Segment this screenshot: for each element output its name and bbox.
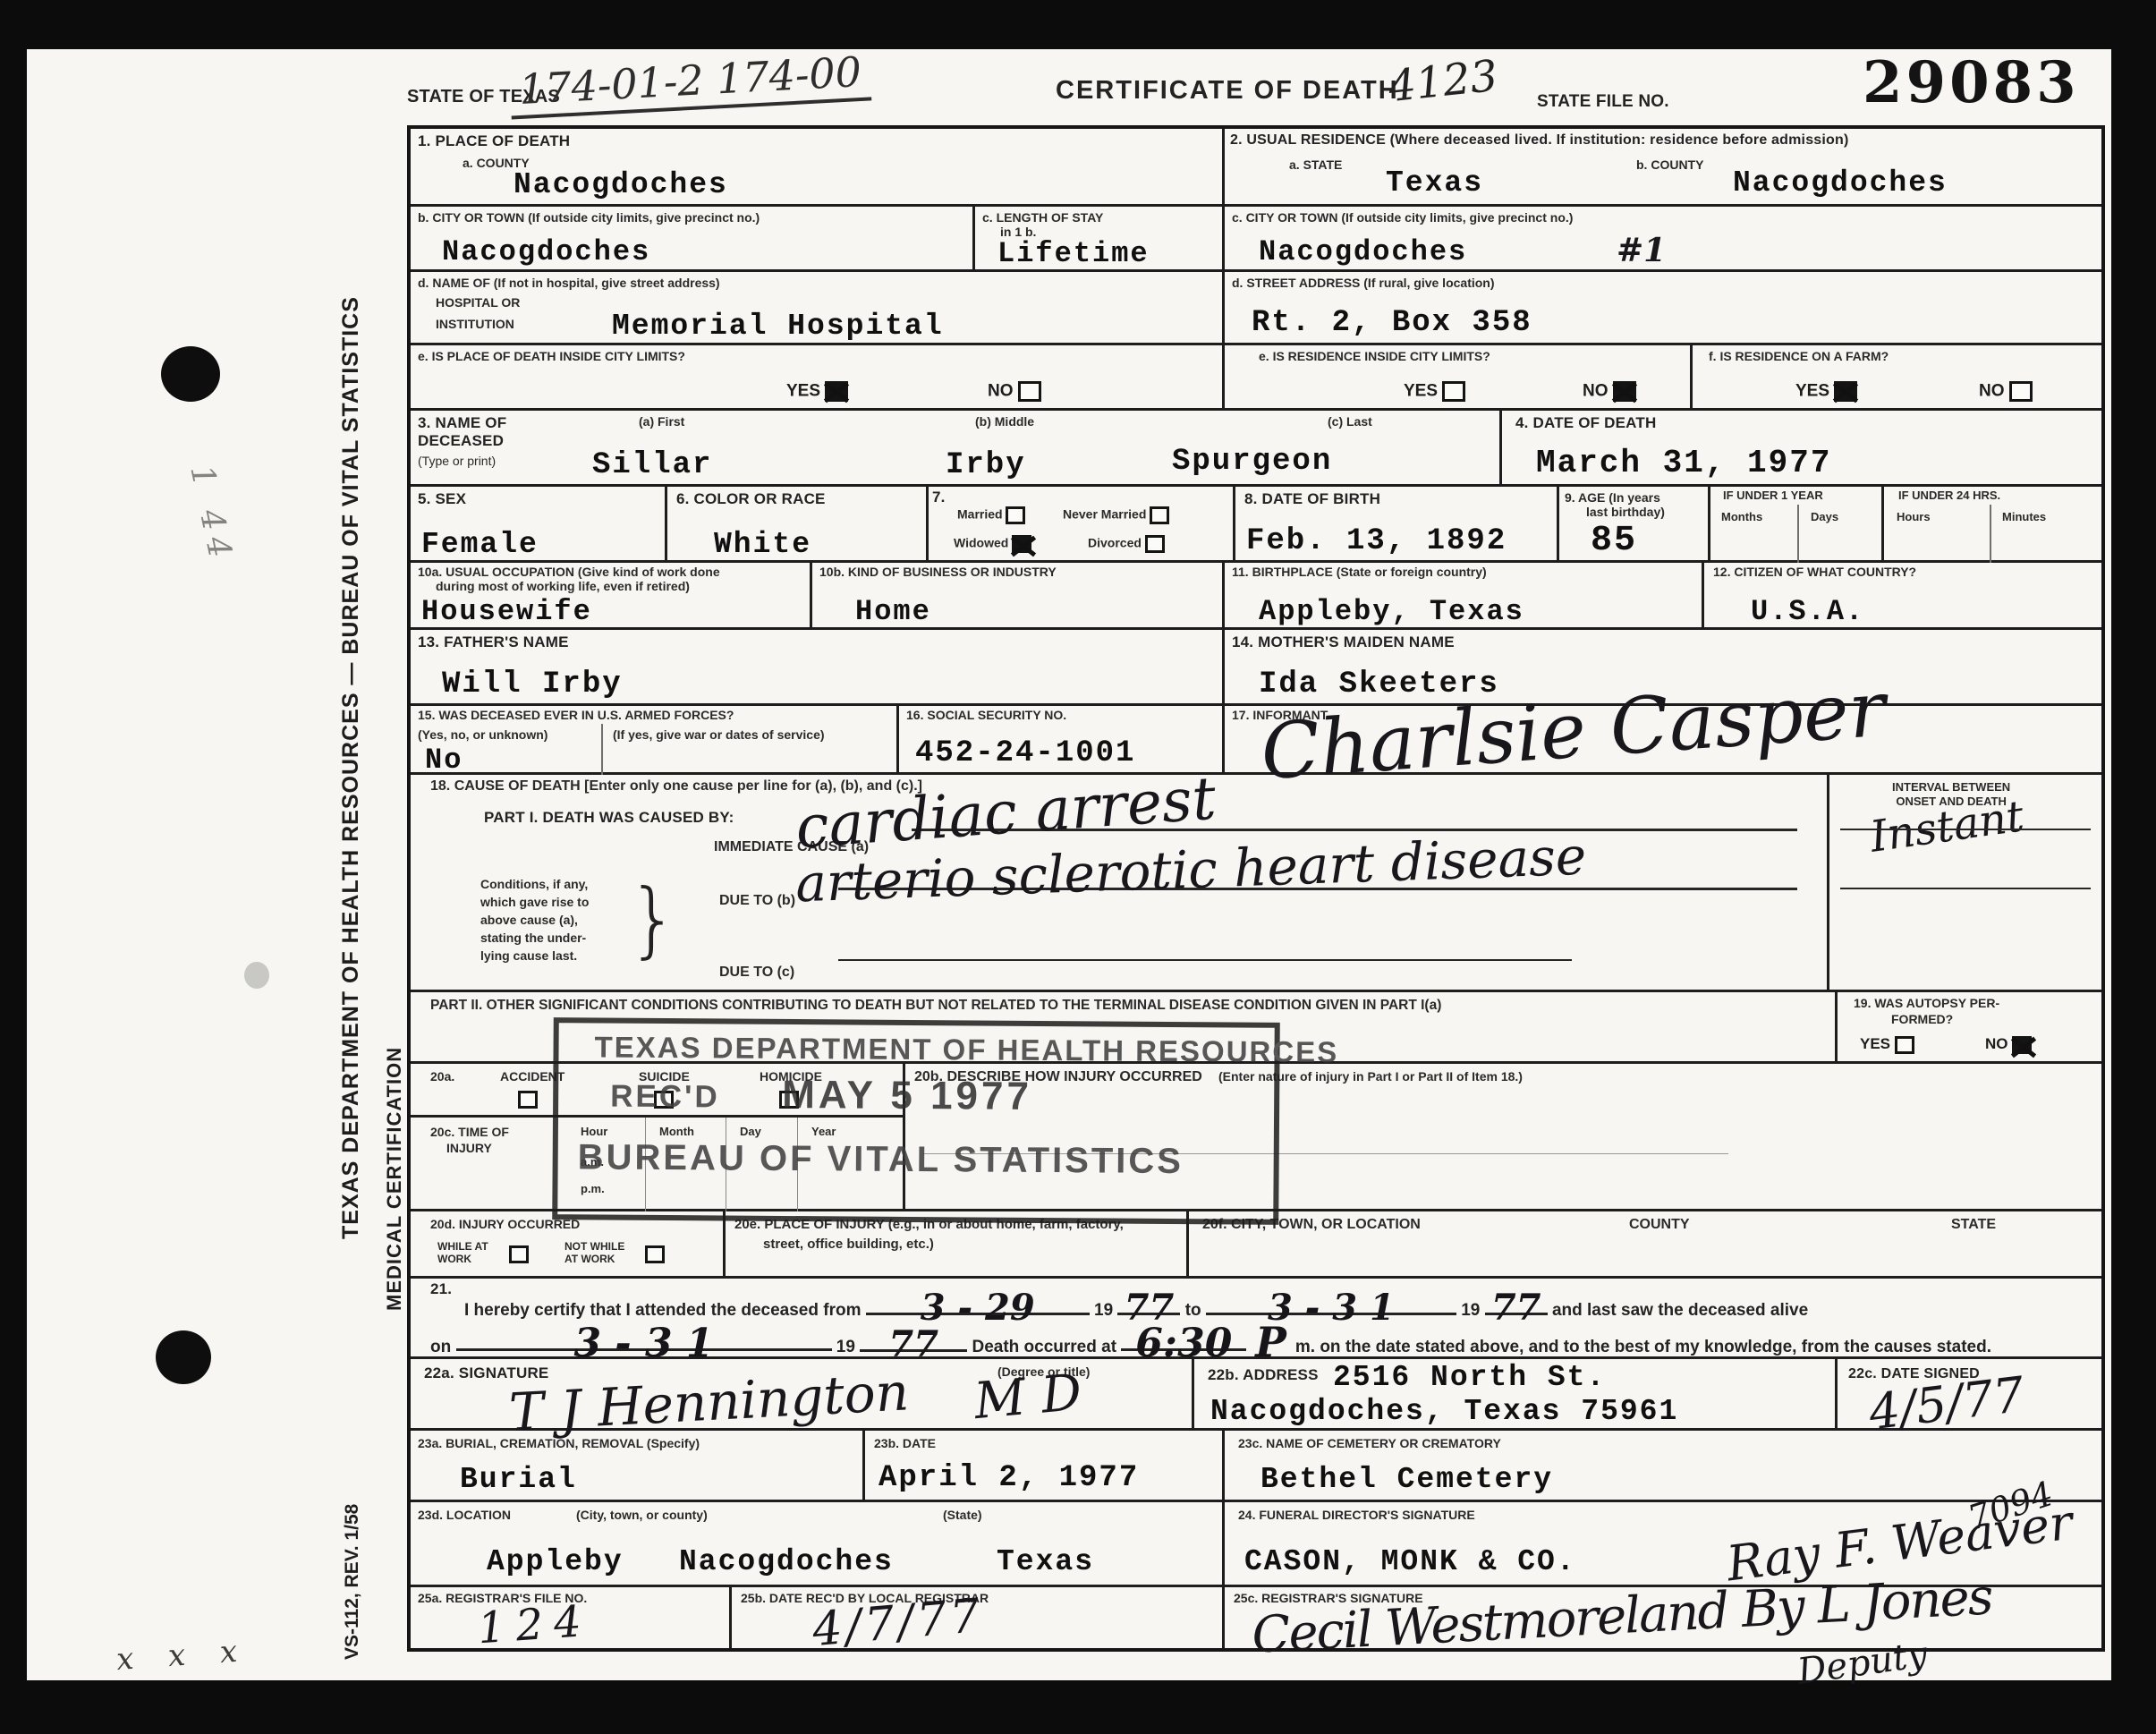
certify-no: 21. (430, 1280, 452, 1298)
marital-label: 7. (932, 489, 946, 506)
first-label: (a) First (639, 414, 684, 429)
farm-yes-checkbox (1834, 381, 1857, 402)
funeral-label: 24. FUNERAL DIRECTOR'S SIGNATURE (1238, 1508, 1475, 1522)
handwritten-file-code: 174-01-2 174-00 (509, 47, 872, 119)
accident-checkbox (518, 1091, 538, 1109)
forces-sub1: (Yes, no, or unknown) (418, 727, 547, 742)
race-value: White (714, 528, 811, 561)
marital-cell: 7. Married Never Married Widowed Divorce… (929, 487, 1235, 563)
certify-on-word: on (430, 1338, 451, 1356)
burial-location-cell: 23d. LOCATION (City, town, or county) (S… (411, 1502, 1225, 1587)
certify-on-year: 77 (888, 1336, 938, 1354)
father-label: 13. FATHER'S NAME (418, 633, 569, 651)
certify-19c: 19 (836, 1338, 855, 1356)
citizen-value: U.S.A. (1751, 595, 1864, 628)
under-1-year-cell: IF UNDER 1 YEAR Months Days (1710, 487, 1884, 563)
sex-cell: 5. SEX Female (411, 487, 667, 563)
certificate-title: CERTIFICATE OF DEATH (1056, 76, 1399, 106)
street-label: d. STREET ADDRESS (If rural, give locati… (1232, 276, 1495, 290)
first-name-value: Sillar (592, 448, 712, 482)
handwritten-number: 4123 (1386, 51, 1499, 112)
months-label: Months (1721, 510, 1762, 523)
divorced-checkbox (1145, 535, 1165, 553)
never-married-option: Never Married (1063, 506, 1169, 524)
res-limits-no-checkbox (1613, 381, 1636, 402)
under1-label: IF UNDER 1 YEAR (1723, 489, 1823, 502)
reg-file-value: 124 (476, 1596, 593, 1654)
res-limits-yes-checkbox (1442, 381, 1465, 402)
ssn-value: 452-24-1001 (915, 736, 1135, 770)
dod-value: March 31, 1977 (1536, 445, 1831, 481)
burial-date-value: April 2, 1977 (879, 1461, 1139, 1495)
father-value: Will Irby (442, 667, 623, 701)
res-county-value: Nacogdoches (1733, 166, 1948, 200)
location-sub1: (City, town, or county) (576, 1508, 708, 1522)
middle-name-value: Irby (946, 448, 1026, 482)
certify-to-date-fill: 3 - 3 1 (1206, 1295, 1456, 1315)
time-label: 20c. TIME OF (430, 1125, 509, 1139)
sex-value: Female (421, 528, 539, 561)
under24-label: IF UNDER 24 HRS. (1898, 489, 2000, 502)
autopsy-label2: FORMED? (1891, 1012, 1953, 1026)
pod-limits-yes: YES (786, 381, 848, 402)
state-file-number: 29083 (1863, 49, 2080, 116)
left-margin-vertical-text: TEXAS DEPARTMENT OF HEALTH RESOURCES — B… (338, 237, 364, 1239)
name-label2: DECEASED (418, 432, 504, 450)
registrar-date-cell: 25b. DATE REC'D BY LOCAL REGISTRAR 4/7/7… (732, 1587, 1225, 1648)
scanned-death-certificate: 1 44 x x x TEXAS DEPARTMENT OF HEALTH RE… (0, 0, 2156, 1734)
conditions-brace: } (627, 871, 680, 967)
stay-label: c. LENGTH OF STAY (982, 210, 1103, 225)
location-city-value: Appleby (487, 1545, 624, 1578)
res-state-value: Texas (1386, 166, 1483, 200)
time-label2: INJURY (446, 1141, 492, 1155)
place-of-death-county-cell: 1. PLACE OF DEATH a. COUNTY Nacogdoches (411, 129, 1225, 207)
injury-city-cell: 20f. CITY, TOWN, OR LOCATION COUNTY STAT… (1189, 1211, 2101, 1279)
conditions-note: Conditions, if any, which gave rise to a… (480, 875, 589, 965)
hospital-cell: d. NAME OF (If not in hospital, give str… (411, 272, 1225, 345)
widowed-checkbox (1012, 535, 1031, 553)
farm-no: NO (1979, 381, 2033, 402)
res-precinct-value: #1 (1617, 232, 1666, 269)
birthplace-value: Appleby, Texas (1259, 595, 1524, 628)
place-injury-label2: street, office building, etc.) (763, 1237, 934, 1252)
certify-p2: and last saw the deceased alive (1552, 1301, 1808, 1320)
addr-label: 22b. ADDRESS (1208, 1366, 1319, 1384)
addr2-value: Nacogdoches, Texas 75961 (1210, 1395, 1678, 1428)
due-b-label: DUE TO (b) (719, 893, 795, 909)
certify-ampm-fill: P (1252, 1329, 1291, 1347)
injury-state-label: STATE (1951, 1217, 1996, 1233)
occupation-label: 10a. USUAL OCCUPATION (Give kind of work… (418, 565, 720, 579)
res-limits-label: e. IS RESIDENCE INSIDE CITY LIMITS? (1259, 349, 1490, 363)
res-limits-cell: e. IS RESIDENCE INSIDE CITY LIMITS? YES … (1225, 345, 1693, 411)
res-city-label: c. CITY OR TOWN (If outside city limits,… (1232, 210, 1573, 225)
certify-to-year-fill: 77 (1485, 1295, 1548, 1315)
name-cell: 3. NAME OF DECEASED (Type or print) (a) … (411, 411, 1502, 487)
occupation-cell: 10a. USUAL OCCUPATION (Give kind of work… (411, 563, 812, 630)
widowed-option: Widowed (954, 535, 1031, 553)
age-label2: last birthday) (1586, 505, 1665, 519)
farm-label: f. IS RESIDENCE ON A FARM? (1709, 349, 1889, 363)
while-label: WHILE AT WORK (437, 1240, 488, 1265)
res-city-value: Nacogdoches (1259, 235, 1467, 268)
married-option: Married (957, 506, 1025, 524)
injury-occurred-cell: 20d. INJURY OCCURRED WHILE AT WORK NOT W… (411, 1211, 726, 1279)
hospital-label: d. NAME OF (If not in hospital, give str… (418, 276, 720, 290)
certify-from-year: 77 (1125, 1299, 1175, 1317)
date-of-death-cell: 4. DATE OF DEATH March 31, 1977 (1502, 411, 2101, 487)
date-signed-cell: 22c. DATE SIGNED 4/5/77 (1838, 1359, 2101, 1431)
certify-on-year-fill: 77 (860, 1331, 967, 1352)
name-label: 3. NAME OF (418, 414, 506, 432)
pod-limits-no-checkbox (1018, 381, 1041, 402)
informant-cell: 17. INFORMANT Charlsie Casper (1225, 706, 2101, 775)
birthplace-cell: 11. BIRTHPLACE (State or foreign country… (1225, 563, 1704, 630)
burial-date-label: 23b. DATE (874, 1436, 936, 1450)
location-state-value: Texas (997, 1545, 1094, 1578)
received-stamp: TEXAS DEPARTMENT OF HEALTH RESOURCES REC… (552, 1017, 1280, 1225)
mother-label: 14. MOTHER'S MAIDEN NAME (1232, 633, 1455, 651)
while-at-work-checkbox (509, 1245, 529, 1263)
business-value: Home (855, 595, 931, 628)
pencil-xxx-marks: x x x (115, 1633, 251, 1678)
forces-sub2: (If yes, give war or dates of service) (613, 727, 825, 742)
race-cell: 6. COLOR OR RACE White (667, 487, 929, 563)
pod-limits-label: e. IS PLACE OF DEATH INSIDE CITY LIMITS? (418, 349, 685, 363)
sex-label: 5. SEX (418, 490, 466, 508)
stamp-recd: REC'D (610, 1079, 720, 1116)
cemetery-cell: 23c. NAME OF CEMETERY OR CREMATORY Bethe… (1225, 1431, 2101, 1502)
certify-19a: 19 (1094, 1301, 1113, 1320)
certify-to-date: 3 - 3 1 (1268, 1299, 1395, 1317)
deputy-note: Deputy (1795, 1634, 1931, 1693)
s20a-label: 20a. (430, 1069, 454, 1084)
dob-value: Feb. 13, 1892 (1246, 524, 1507, 558)
burial-value: Burial (460, 1463, 577, 1496)
state-file-no-label: STATE FILE NO. (1537, 92, 1669, 112)
name-sub: (Type or print) (418, 454, 496, 468)
hours-label: Hours (1897, 510, 1931, 523)
never-married-checkbox (1150, 506, 1169, 524)
res-limits-yes: YES (1404, 381, 1465, 402)
age-label: 9. AGE (In years (1565, 490, 1660, 505)
res-county-label: b. COUNTY (1636, 157, 1703, 172)
ssn-cell: 16. SOCIAL SECURITY NO. 452-24-1001 (899, 706, 1225, 775)
physician-address-cell: 22b. ADDRESS 2516 North St. Nacogdoches,… (1194, 1359, 1838, 1431)
place-of-death-label: 1. PLACE OF DEATH (418, 132, 570, 150)
certify-death-at: Death occurred at (972, 1338, 1116, 1356)
hole-punch-bottom (156, 1330, 211, 1384)
street-address-cell: d. STREET ADDRESS (If rural, give locati… (1225, 272, 2101, 345)
certify-from-year-fill: 77 (1117, 1295, 1180, 1315)
medical-certification-vertical: MEDICAL CERTIFICATION (383, 935, 406, 1311)
burial-cell: 23a. BURIAL, CREMATION, REMOVAL (Specify… (411, 1431, 865, 1502)
stamp-date: MAY 5 1977 (782, 1073, 1032, 1119)
form-code-vertical: VS-112, REV. 1/58 (342, 1454, 363, 1660)
pod-city-value: Nacogdoches (442, 235, 650, 268)
not-while-at-work-checkbox (645, 1245, 665, 1263)
stamp-line3: BUREAU OF VITAL STATISTICS (578, 1137, 1184, 1182)
certify-time: 6:30 (1135, 1335, 1232, 1353)
days-label: Days (1811, 510, 1838, 523)
pod-limits-no: NO (988, 381, 1041, 402)
dod-label: 4. DATE OF DEATH (1515, 414, 1656, 432)
hospital-label2: HOSPITAL OR (436, 295, 520, 310)
farm-no-checkbox (2009, 381, 2033, 402)
location-county-value: Nacogdoches (679, 1545, 894, 1578)
occupation-label2: during most of working life, even if ret… (436, 579, 690, 593)
autopsy-no-checkbox (2012, 1036, 2032, 1054)
street-value: Rt. 2, Box 358 (1252, 306, 1532, 340)
certificate-form: 1. PLACE OF DEATH a. COUNTY Nacogdoches … (407, 125, 2105, 1652)
business-cell: 10b. KIND OF BUSINESS OR INDUSTRY Home (812, 563, 1225, 630)
res-city-cell: c. CITY OR TOWN (If outside city limits,… (1225, 207, 2101, 272)
certify-to-year: 77 (1491, 1299, 1541, 1317)
under-24-hrs-cell: IF UNDER 24 HRS. Hours Minutes (1884, 487, 2101, 563)
certify-from-date: 3 - 29 (921, 1299, 1035, 1317)
certify-from-date-fill: 3 - 29 (866, 1295, 1090, 1315)
stay-value: Lifetime (997, 237, 1150, 270)
burial-date-cell: 23b. DATE April 2, 1977 (865, 1431, 1225, 1502)
certify-19b: 19 (1461, 1301, 1480, 1320)
addr1-value: 2516 North St. (1333, 1361, 1606, 1394)
usual-residence-cell: 2. USUAL RESIDENCE (Where deceased lived… (1225, 129, 2101, 207)
not-while-label: NOT WHILE AT WORK (564, 1240, 624, 1265)
certify-p3: m. on the date stated above, and to the … (1295, 1338, 1991, 1356)
autopsy-no: NO (1985, 1035, 2032, 1054)
cemetery-label: 23c. NAME OF CEMETERY OR CREMATORY (1238, 1436, 1501, 1450)
age-cell: 9. AGE (In years last birthday) 85 (1559, 487, 1710, 563)
pod-limits-yes-checkbox (825, 381, 848, 402)
registrar-signature-cell: 25c. REGISTRAR'S SIGNATURE Cecil Westmor… (1225, 1587, 2101, 1648)
cause-of-death-cell: 18. CAUSE OF DEATH [Enter only one cause… (411, 775, 1829, 992)
last-label: (c) Last (1328, 414, 1372, 429)
married-checkbox (1006, 506, 1025, 524)
pod-city-label: b. CITY OR TOWN (If outside city limits,… (418, 210, 760, 225)
middle-label: (b) Middle (975, 414, 1034, 429)
certify-ampm: P (1255, 1333, 1286, 1351)
certify-on-date: 3 - 3 1 (573, 1335, 713, 1353)
ssn-label: 16. SOCIAL SECURITY NO. (906, 708, 1066, 722)
certify-on-date-fill: 3 - 3 1 (456, 1330, 832, 1351)
race-label: 6. COLOR OR RACE (676, 490, 826, 508)
citizen-cell: 12. CITIZEN OF WHAT COUNTRY? U.S.A. (1704, 563, 2101, 630)
length-of-stay-cell: c. LENGTH OF STAY in 1 b. Lifetime (975, 207, 1225, 272)
citizen-label: 12. CITIZEN OF WHAT COUNTRY? (1713, 565, 1916, 579)
dob-cell: 8. DATE OF BIRTH Feb. 13, 1892 (1235, 487, 1559, 563)
armed-forces-cell: 15. WAS DECEASED EVER IN U.S. ARMED FORC… (411, 706, 899, 775)
registrar-file-cell: 25a. REGISTRAR'S FILE NO. 124 (411, 1587, 732, 1648)
forces-label: 15. WAS DECEASED EVER IN U.S. ARMED FORC… (418, 708, 734, 722)
forces-value: No (425, 744, 463, 777)
pod-county-value: Nacogdoches (514, 168, 728, 201)
res-limits-no: NO (1583, 381, 1636, 402)
birthplace-label: 11. BIRTHPLACE (State or foreign country… (1232, 565, 1487, 579)
farm-cell: f. IS RESIDENCE ON A FARM? YES NO (1693, 345, 2101, 411)
stamp-line1: TEXAS DEPARTMENT OF HEALTH RESOURCES (594, 1030, 1338, 1069)
usual-residence-label: 2. USUAL RESIDENCE (Where deceased lived… (1230, 132, 1849, 149)
due-c-label: DUE TO (c) (719, 965, 794, 981)
hospital-value: Memorial Hospital (612, 310, 944, 343)
last-name-value: Spurgeon (1172, 445, 1332, 479)
funeral-home-value: CASON, MONK & CO. (1244, 1545, 1576, 1578)
autopsy-cell: 19. WAS AUTOPSY PER- FORMED? YES NO (1838, 992, 2101, 1064)
sig-label: 22a. SIGNATURE (424, 1364, 548, 1382)
part1-label: PART I. DEATH WAS CAUSED BY: (484, 809, 734, 827)
pod-limits-cell: e. IS PLACE OF DEATH INSIDE CITY LIMITS?… (411, 345, 1225, 411)
minutes-label: Minutes (2002, 510, 2046, 523)
father-cell: 13. FATHER'S NAME Will Irby (411, 630, 1225, 706)
hospital-label3: INSTITUTION (436, 317, 514, 331)
business-label: 10b. KIND OF BUSINESS OR INDUSTRY (819, 565, 1057, 579)
certify-time-fill: 6:30 (1121, 1330, 1246, 1351)
res-state-label: a. STATE (1289, 157, 1342, 172)
location-label: 23d. LOCATION (418, 1508, 511, 1522)
farm-yes: YES (1795, 381, 1857, 402)
location-sub2: (State) (943, 1508, 982, 1522)
age-value: 85 (1591, 521, 1637, 561)
interval-value: Instant (1867, 791, 2027, 862)
physician-signature-cell: 22a. SIGNATURE (Degree or title) T J Hen… (411, 1359, 1194, 1431)
cemetery-value: Bethel Cemetery (1260, 1463, 1553, 1496)
hole-punch-top (161, 346, 220, 402)
autopsy-label: 19. WAS AUTOPSY PER- (1854, 996, 1999, 1010)
interval-cell: INTERVAL BETWEEN ONSET AND DEATH Instant (1829, 775, 2101, 992)
part2-label: PART II. OTHER SIGNIFICANT CONDITIONS CO… (430, 998, 1441, 1014)
certify-p1: I hereby certify that I attended the dec… (464, 1301, 861, 1320)
occupation-value: Housewife (421, 595, 592, 628)
pencil-note: 1 44 (182, 462, 239, 567)
dob-label: 8. DATE OF BIRTH (1244, 490, 1380, 508)
pod-city-cell: b. CITY OR TOWN (If outside city limits,… (411, 207, 975, 272)
divorced-option: Divorced (1088, 535, 1165, 553)
certificate-page: 1 44 x x x TEXAS DEPARTMENT OF HEALTH RE… (27, 49, 2111, 1680)
injury-county-label: COUNTY (1629, 1217, 1690, 1233)
smudge (244, 962, 269, 989)
certification-cell: 21. I hereby certify that I attended the… (411, 1279, 2101, 1359)
autopsy-yes-checkbox (1895, 1036, 1914, 1054)
autopsy-yes: YES (1860, 1035, 1914, 1054)
certify-to-word: to (1185, 1301, 1201, 1320)
physician-degree: M D (972, 1364, 1083, 1431)
